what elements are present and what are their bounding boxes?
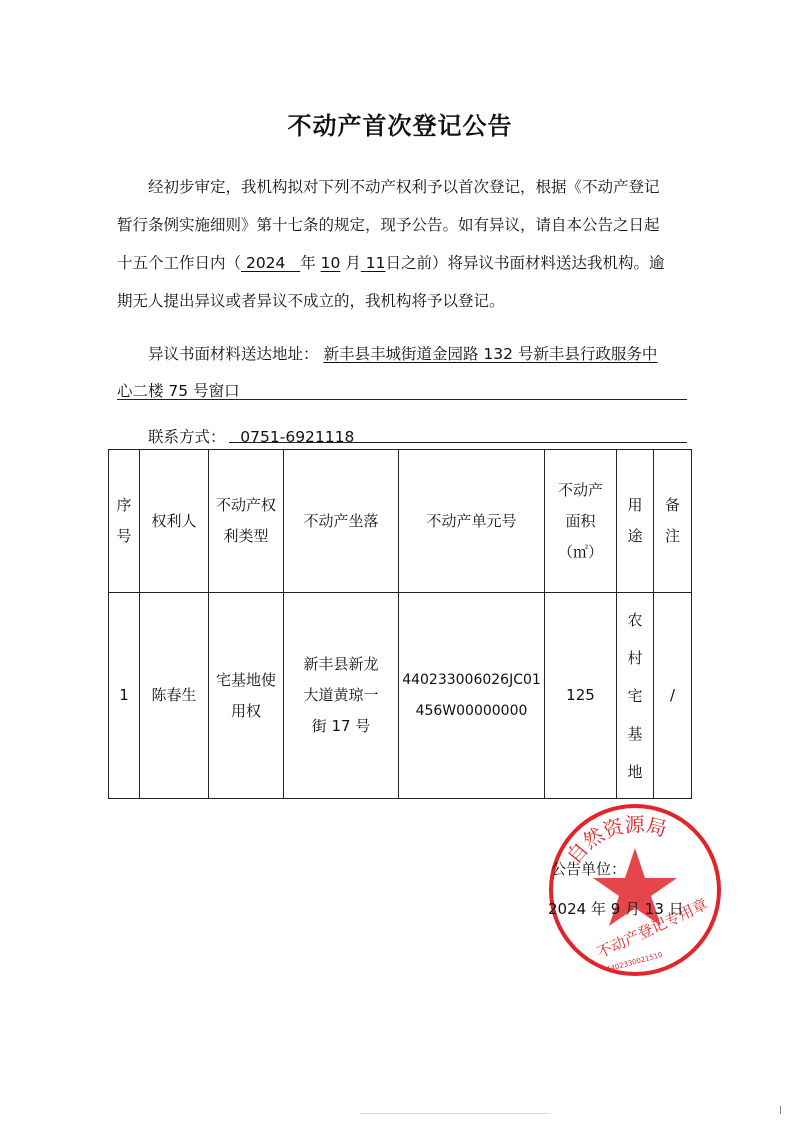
- deadline-month: 10: [321, 254, 341, 272]
- issuer-label: 公告单位：: [551, 858, 626, 879]
- registration-table: 序号 权利人 不动产权利类型 不动产坐落 不动产单元号 不动产面积（㎡） 用途 …: [108, 449, 692, 799]
- cell-unit-no: 440233006026JC01456W00000000: [399, 593, 545, 799]
- official-seal-icon: 自然资源局 不动产登记专用章 4402330021510: [545, 800, 725, 980]
- header-area: 不动产面积（㎡）: [545, 450, 617, 593]
- contact-value: 0751-6921118: [240, 428, 354, 446]
- intro-paragraph: 经初步审定，我机构拟对下列不动产权利予以首次登记，根据《不动产登记 暂行条例实施…: [117, 168, 687, 320]
- contact-label: 联系方式：: [148, 428, 226, 446]
- address-row-2: 心二楼 75 号窗口: [117, 379, 687, 405]
- cell-area: 125: [545, 593, 617, 799]
- address-value-2: 心二楼 75 号窗口: [117, 382, 240, 400]
- intro-line-1: 经初步审定，我机构拟对下列不动产权利予以首次登记，根据《不动产登记: [117, 168, 687, 206]
- table-header-row: 序号 权利人 不动产权利类型 不动产坐落 不动产单元号 不动产面积（㎡） 用途 …: [109, 450, 692, 593]
- deadline-year: 2024: [241, 254, 300, 272]
- header-location: 不动产坐落: [284, 450, 399, 593]
- intro-line-2: 暂行条例实施细则》第十七条的规定，现予公告。如有异议，请自本公告之日起: [117, 206, 687, 244]
- cell-location: 新丰县新龙大道黄琼一街 17 号: [284, 593, 399, 799]
- cell-right-type: 宅基地使用权: [209, 593, 284, 799]
- intro-line-4: 期无人提出异议或者异议不成立的，我机构将予以登记。: [117, 282, 687, 320]
- header-unit-no: 不动产单元号: [399, 450, 545, 593]
- header-holder: 权利人: [140, 450, 209, 593]
- scan-artifact: [360, 1113, 550, 1114]
- address-row: 异议书面材料送达地址： 新丰县丰城街道金园路 132 号新丰县行政服务中: [117, 342, 687, 368]
- address-value-1: 新丰县丰城街道金园路 132 号新丰县行政服务中: [323, 345, 657, 363]
- address-underline: [117, 399, 687, 400]
- cell-remark: /: [654, 593, 692, 799]
- header-seq: 序号: [109, 450, 140, 593]
- cell-holder: 陈春生: [140, 593, 209, 799]
- header-right-type: 不动产权利类型: [209, 450, 284, 593]
- cell-usage: 农村宅基地: [617, 593, 654, 799]
- contact-underline: [229, 442, 687, 443]
- header-usage: 用途: [617, 450, 654, 593]
- contact-row: 联系方式： 0751-6921118: [117, 425, 687, 451]
- intro-line-3: 十五个工作日内（ 2024 年 10 月 11日之前）将异议书面材料送达我机构。…: [117, 244, 687, 282]
- announcement-date: 2024 年 9 月 13 日: [548, 898, 684, 919]
- deadline-day: 11: [361, 254, 386, 272]
- address-label: 异议书面材料送达地址：: [148, 345, 319, 363]
- table-row: 1 陈春生 宅基地使用权 新丰县新龙大道黄琼一街 17 号 4402330060…: [109, 593, 692, 799]
- cell-seq: 1: [109, 593, 140, 799]
- page-title: 不动产首次登记公告: [0, 106, 800, 141]
- header-remark: 备注: [654, 450, 692, 593]
- scan-artifact-tick: [780, 1106, 781, 1114]
